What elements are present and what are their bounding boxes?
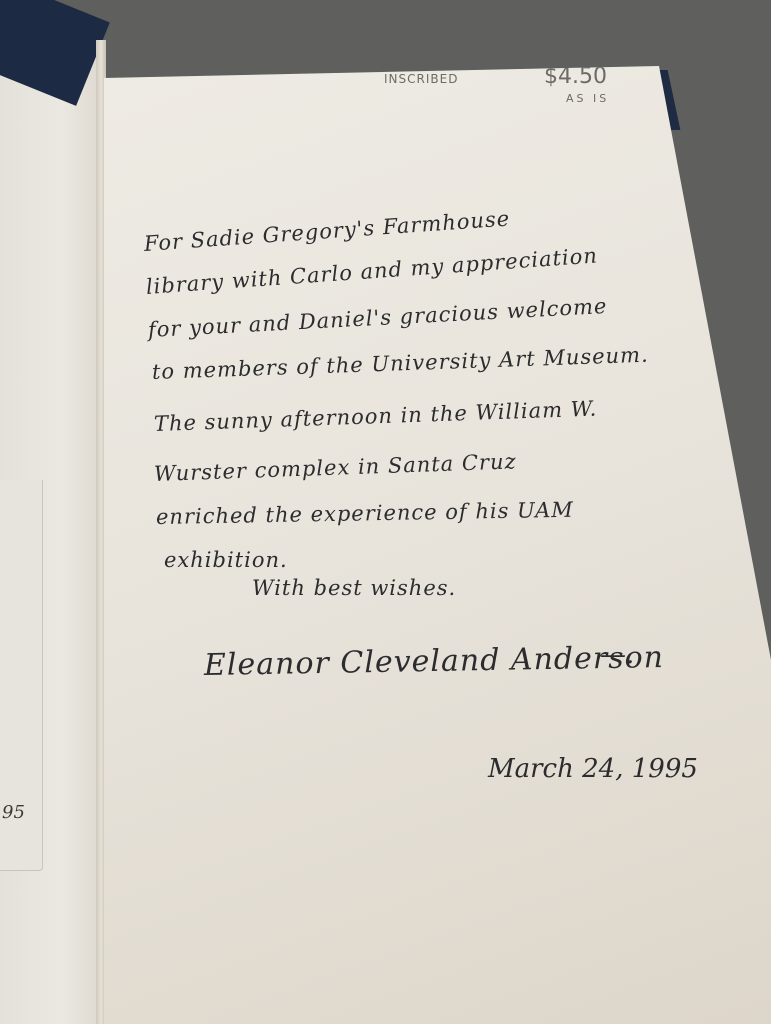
- inscription-line-8: exhibition.: [164, 548, 288, 572]
- inscription-line-2: library with Carlo and my appreciation: [145, 243, 598, 299]
- price-note: $4.50: [544, 64, 607, 89]
- inscription-line-1: For Sadie Gregory's Farmhouse: [143, 206, 511, 256]
- inscription-line-4: to members of the University Art Museum.: [152, 343, 649, 384]
- signature-flourish: —.: [600, 640, 634, 670]
- signature: Eleanor Cleveland Anderson: [204, 640, 665, 683]
- left-page-fragment: 95: [2, 802, 25, 823]
- inscription-date: March 24, 1995: [488, 754, 698, 784]
- left-page: 95: [0, 0, 104, 1024]
- left-page-inset-card: 95: [0, 480, 43, 871]
- inscription-line-6: Wurster complex in Santa Cruz: [154, 449, 517, 486]
- inscribed-note: INSCRIBED: [384, 72, 458, 86]
- inscription-line-5: The sunny afternoon in the William W.: [154, 397, 598, 436]
- closing-line: With best wishes.: [252, 576, 456, 600]
- inscription-line-3: for your and Daniel's gracious welcome: [147, 294, 608, 342]
- inscription-line-7: enriched the experience of his UAM: [156, 498, 574, 529]
- condition-note: AS IS: [566, 92, 609, 105]
- inscription-page: INSCRIBED $4.50 AS IS For Sadie Gregory'…: [104, 0, 771, 1024]
